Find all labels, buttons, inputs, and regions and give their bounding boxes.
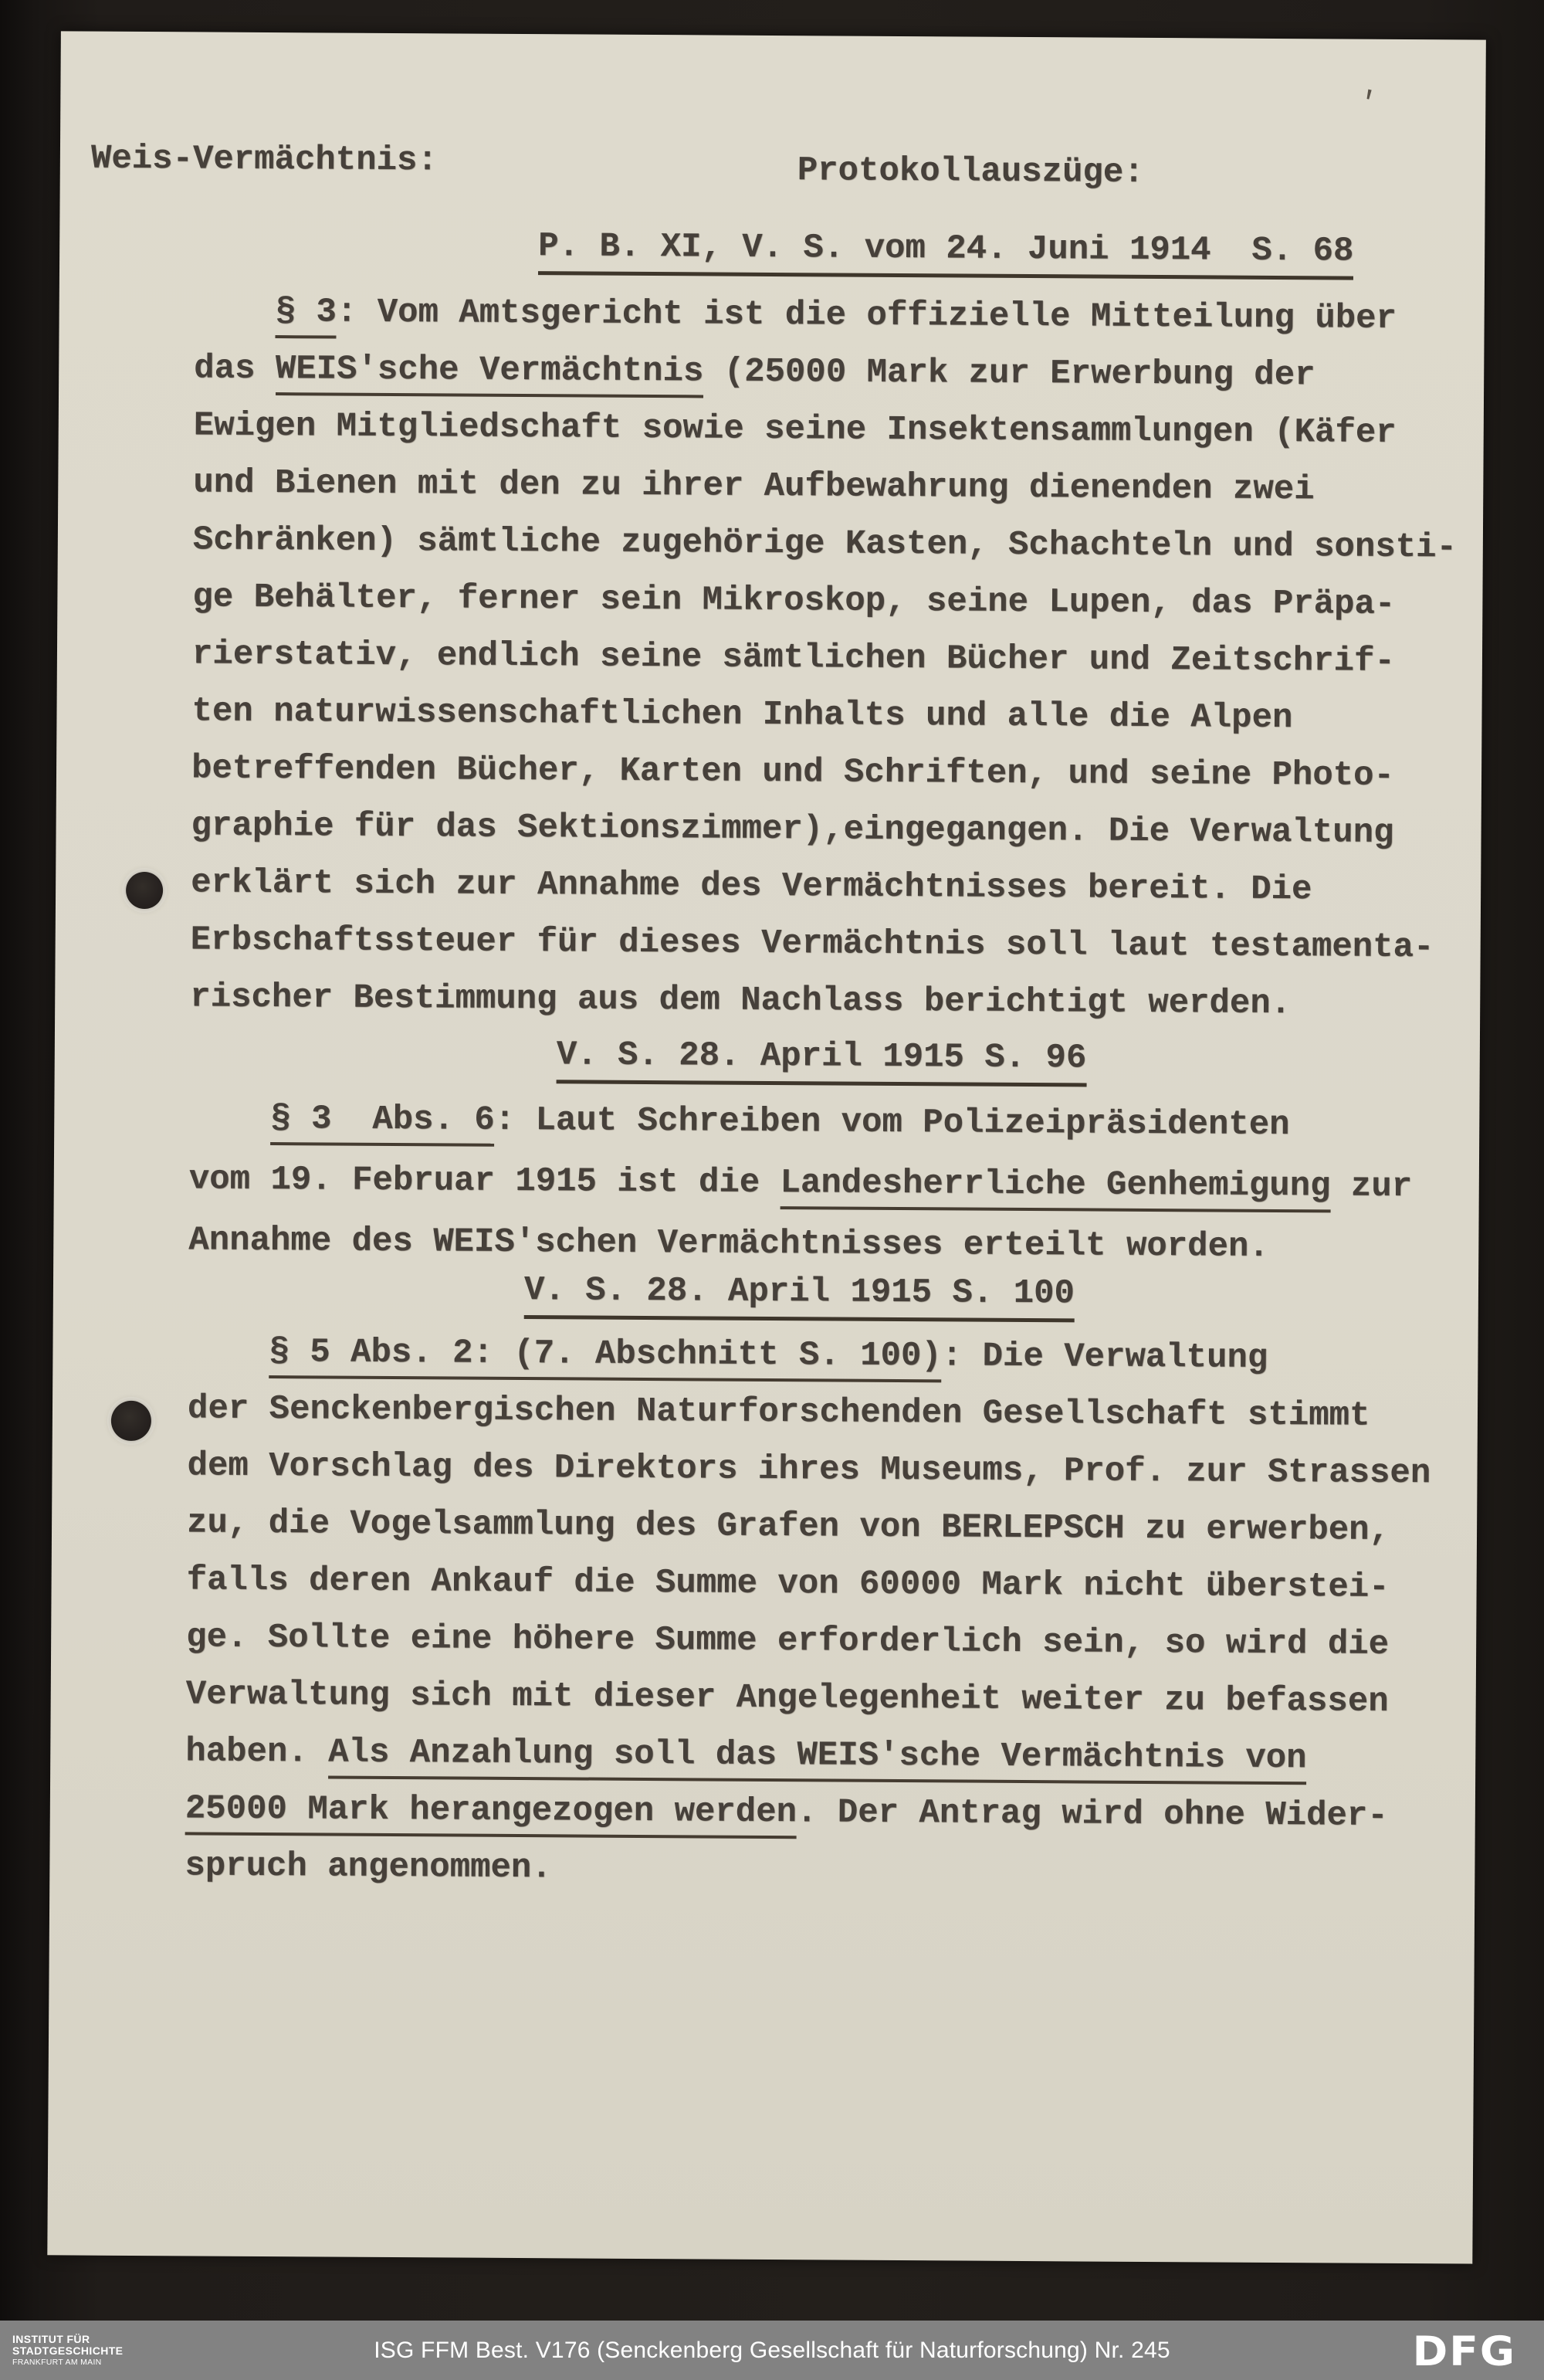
label-right-text: Protokollauszüge: — [797, 151, 1144, 192]
typescript-line: dem Vorschlag des Direktors ihres Museum… — [187, 1446, 1431, 1493]
typescript-line: betreffenden Bücher, Karten und Schrifte… — [191, 749, 1394, 795]
section-heading-1: P. B. XI, V. S. vom 24. Juni 1914 S. 68 — [538, 227, 1353, 270]
typescript-line: Ewigen Mitgliedschaft sowie seine Insekt… — [194, 406, 1397, 453]
typescript-line: rischer Bestimmung aus dem Nachlass beri… — [190, 978, 1291, 1023]
typescript-line: erklärt sich zur Annahme des Vermächtnis… — [191, 863, 1312, 909]
typescript-line: ge. Sollte eine höhere Summe erforderlic… — [186, 1618, 1389, 1664]
typescript-line: der Senckenbergischen Naturforschenden G… — [188, 1389, 1370, 1435]
archive-reference: ISG FFM Best. V176 (Senckenberg Gesellsc… — [0, 2338, 1544, 2364]
typescript-line: Schränken) sämtliche zugehörige Kasten, … — [193, 520, 1457, 567]
document-scan: ' Weis-Vermächtnis: Protokollauszüge: P.… — [0, 0, 1544, 2380]
typescript-line: spruch angenommen. — [185, 1846, 552, 1887]
dfg-logo: DFG — [1413, 2327, 1516, 2375]
typescript-line: § 3: Vom Amtsgericht ist die offizielle … — [276, 293, 1397, 338]
footer-bar: INSTITUT FÜR STADTGESCHICHTE FRANKFURT A… — [0, 2321, 1544, 2380]
typescript-line: und Bienen mit den zu ihrer Aufbewahrung… — [193, 463, 1315, 509]
label-left-text: Weis-Vermächtnis: — [91, 140, 438, 181]
heading-1-text: P. B. XI, V. S. vom 24. Juni 1914 S. 68 — [538, 227, 1354, 280]
typescript-line: § 3 Abs. 6: Laut Schreiben vom Polizeipr… — [270, 1100, 1290, 1144]
typescript-line: vom 19. Februar 1915 ist die Landesherrl… — [189, 1160, 1413, 1206]
typescript-line: ge Behälter, ferner sein Mikroskop, sein… — [192, 578, 1395, 624]
typescript-line: § 5 Abs. 2: (7. Abschnitt S. 100): Die V… — [269, 1333, 1268, 1378]
heading-2-text: V. S. 28. April 1915 S. 96 — [557, 1036, 1087, 1087]
typescript-line: ten naturwissenschaftlichen Inhalts und … — [191, 692, 1292, 737]
typescript-line: falls deren Ankauf die Summe von 60000 M… — [186, 1561, 1389, 1607]
typescript-line: Annahme des WEIS'schen Vermächtnisses er… — [188, 1221, 1269, 1266]
section-heading-3: V. S. 28. April 1915 S. 100 — [524, 1271, 1075, 1313]
typescript-line: haben. Als Anzahlung soll das WEIS'sche … — [185, 1732, 1307, 1778]
typescript-line: Erbschaftssteuer für dieses Vermächtnis … — [191, 920, 1434, 967]
typescript-line: graphie für das Sektionszimmer),eingegan… — [191, 806, 1393, 853]
document-label-left: Weis-Vermächtnis: — [91, 140, 438, 181]
section-heading-2: V. S. 28. April 1915 S. 96 — [557, 1036, 1087, 1077]
typescript-line: das WEIS'sche Vermächtnis (25000 Mark zu… — [194, 349, 1315, 395]
punch-hole-bottom — [111, 1401, 151, 1441]
typescript-line: 25000 Mark herangezogen werden. Der Antr… — [185, 1789, 1388, 1836]
document-label-right: Protokollauszüge: — [797, 151, 1144, 192]
typescript-line: Verwaltung sich mit dieser Angelegenheit… — [186, 1675, 1389, 1721]
punch-hole-top — [126, 872, 163, 909]
typescript-line: rierstativ, endlich seine sämtlichen Büc… — [192, 635, 1395, 681]
heading-3-text: V. S. 28. April 1915 S. 100 — [524, 1271, 1075, 1322]
scan-background: ' Weis-Vermächtnis: Protokollauszüge: P.… — [0, 0, 1544, 2380]
typescript-line: zu, die Vogelsammlung des Grafen von BER… — [187, 1504, 1390, 1550]
